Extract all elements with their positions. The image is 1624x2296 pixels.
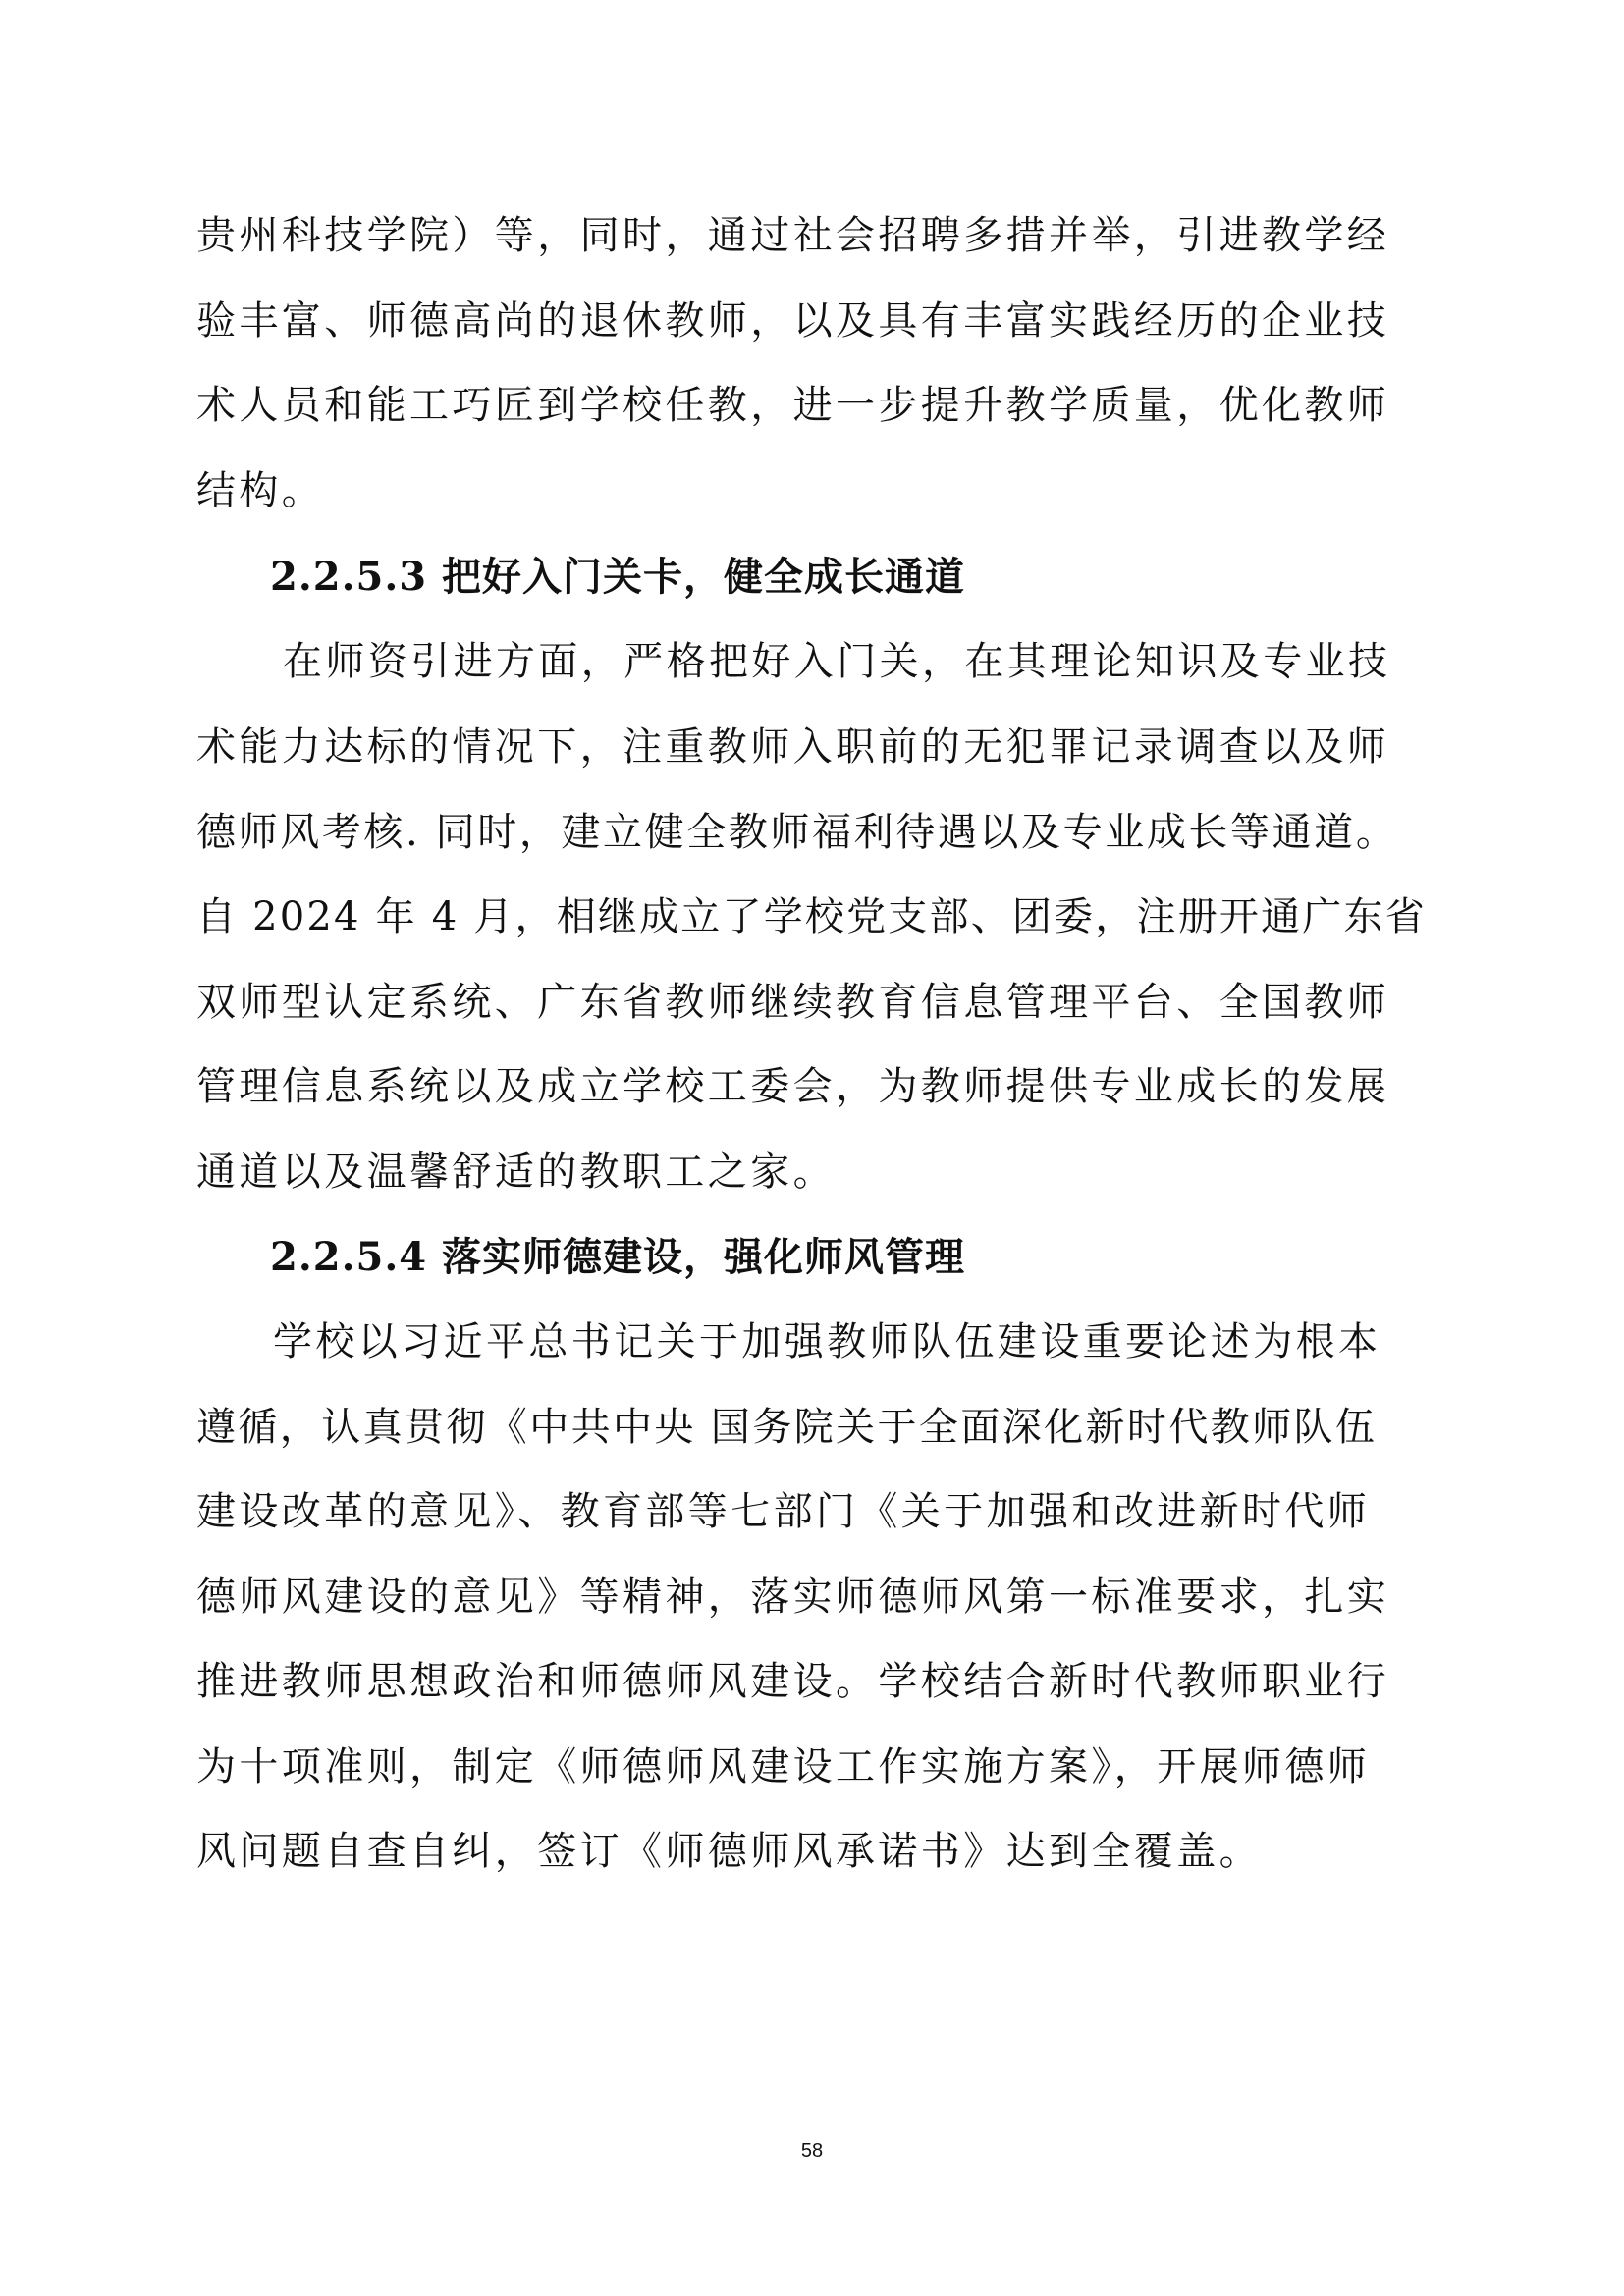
paragraph-line: 推进教师思想政治和师德师风建设。学校结合新时代教师职业行 bbox=[196, 1660, 1424, 1703]
paragraph-line: 学校以习近平总书记关于加强教师队伍建设重要论述为根本 bbox=[273, 1320, 1500, 1363]
paragraph-line: 为十项准则，制定《师德师风建设工作实施方案》，开展师德师 bbox=[196, 1745, 1424, 1789]
page-number: 58 bbox=[0, 2140, 1624, 2163]
paragraph-line: 在师资引进方面，严格把好入门关，在其理论知识及专业技 bbox=[283, 640, 1510, 683]
paragraph-line: 验丰富、师德高尚的退休教师，以及具有丰富实践经历的企业技 bbox=[196, 299, 1424, 343]
paragraph-line: 德师风考核. 同时，建立健全教师福利待遇以及专业成长等通道。 bbox=[196, 811, 1424, 854]
paragraph-line: 术能力达标的情况下，注重教师入职前的无犯罪记录调查以及师 bbox=[196, 725, 1424, 769]
paragraph-line: 管理信息系统以及成立学校工委会，为教师提供专业成长的发展 bbox=[196, 1065, 1424, 1108]
section-heading: 2.2.5.4 落实师德建设，强化师风管理 bbox=[270, 1236, 1497, 1279]
paragraph-line: 遵循，认真贯彻《中共中央 国务院关于全面深化新时代教师队伍 bbox=[196, 1406, 1424, 1449]
document-page: 贵州科技学院）等，同时，通过社会招聘多措并举，引进教学经 验丰富、师德高尚的退休… bbox=[0, 0, 1624, 2296]
paragraph-line: 德师风建设的意见》等精神，落实师德师风第一标准要求，扎实 bbox=[196, 1575, 1424, 1619]
paragraph-line: 通道以及温馨舒适的教职工之家。 bbox=[196, 1150, 1424, 1194]
paragraph-line: 结构。 bbox=[196, 469, 1424, 512]
section-heading: 2.2.5.3 把好入门关卡，健全成长通道 bbox=[270, 556, 1497, 599]
paragraph-line: 自 2024 年 4 月，相继成立了学校党支部、团委，注册开通广东省 bbox=[196, 895, 1424, 938]
paragraph-line: 建设改革的意见》、教育部等七部门《关于加强和改进新时代师 bbox=[196, 1490, 1424, 1533]
paragraph-line: 双师型认定系统、广东省教师继续教育信息管理平台、全国教师 bbox=[196, 981, 1424, 1024]
paragraph-line: 风问题自查自纠，签订《师德师风承诺书》达到全覆盖。 bbox=[196, 1830, 1424, 1873]
paragraph-line: 贵州科技学院）等，同时，通过社会招聘多措并举，引进教学经 bbox=[196, 214, 1424, 257]
paragraph-line: 术人员和能工巧匠到学校任教，进一步提升教学质量，优化教师 bbox=[196, 384, 1424, 427]
